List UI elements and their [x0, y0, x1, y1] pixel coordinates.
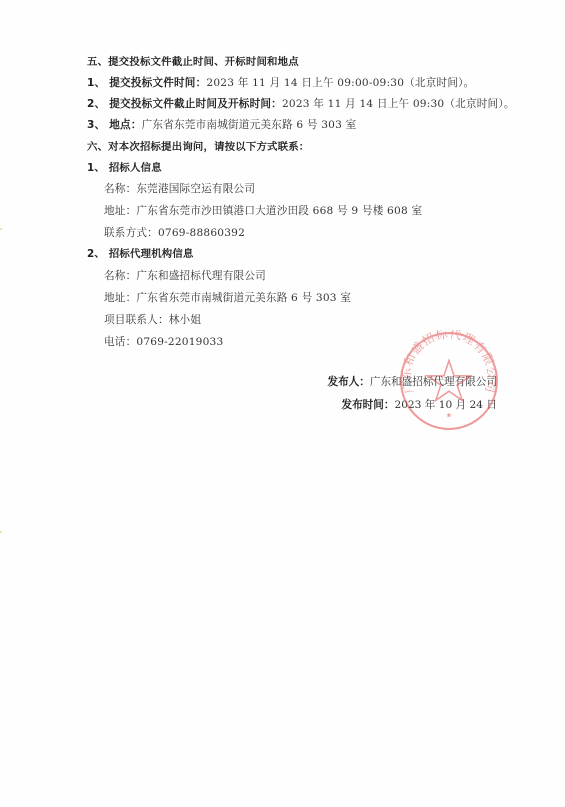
section5-item-3-value: 广东省东莞市南城街道元美东路 6 号 303 室	[142, 119, 357, 131]
publisher-value: 广东和盛招标代理有限公司	[370, 376, 497, 388]
section5-item-3-label: 3、 地点：	[87, 119, 142, 131]
tenderer-address: 地址：广东省东莞市沙田镇港口大道沙田段 668 号 9 号楼 608 室	[104, 204, 422, 218]
publish-date-line: 发布时间：2023 年 10 月 24 日	[341, 398, 497, 412]
svg-text:★: ★	[446, 411, 452, 420]
agency-heading: 2、 招标代理机构信息	[87, 247, 194, 261]
agency-contact-person: 项目联系人：林小姐	[104, 313, 201, 327]
scan-edge-mark	[0, 228, 2, 230]
scan-edge-mark	[0, 531, 2, 533]
section5-heading: 五、提交投标文件截止时间、开标时间和地点	[87, 55, 299, 69]
section5-item-1-value: 2023 年 11 月 14 日上午 09:00-09:30（北京时间）。	[206, 77, 474, 89]
section5-item-1: 1、 提交投标文件时间：2023 年 11 月 14 日上午 09:00-09:…	[87, 76, 474, 90]
publish-date-value: 2023 年 10 月 24 日	[394, 399, 497, 411]
publisher-label: 发布人：	[328, 376, 370, 388]
section6-heading: 六、对本次招标提出询问，请按以下方式联系：	[87, 140, 309, 154]
publisher-line: 发布人：广东和盛招标代理有限公司	[328, 375, 498, 389]
document-page: 五、提交投标文件截止时间、开标时间和地点 1、 提交投标文件时间：2023 年 …	[0, 0, 565, 807]
tenderer-heading: 1、 招标人信息	[87, 161, 162, 175]
agency-address: 地址：广东省东莞市南城街道元美东路 6 号 303 室	[104, 291, 351, 305]
section5-item-2-label: 2、 提交投标文件截止时间及开标时间：	[87, 98, 282, 110]
section5-item-2-value: 2023 年 11 月 14 日上午 09:30（北京时间）。	[282, 98, 515, 110]
agency-name: 名称：广东和盛招标代理有限公司	[104, 269, 266, 283]
section5-item-1-label: 1、 提交投标文件时间：	[87, 77, 206, 89]
tenderer-name: 名称：东莞港国际空运有限公司	[104, 182, 255, 196]
tenderer-contact: 联系方式：0769-88860392	[104, 226, 245, 240]
agency-phone: 电话：0769-22019033	[104, 335, 223, 349]
publish-date-label: 发布时间：	[341, 399, 394, 411]
section5-item-2: 2、 提交投标文件截止时间及开标时间：2023 年 11 月 14 日上午 09…	[87, 97, 515, 111]
section5-item-3: 3、 地点：广东省东莞市南城街道元美东路 6 号 303 室	[87, 118, 356, 132]
